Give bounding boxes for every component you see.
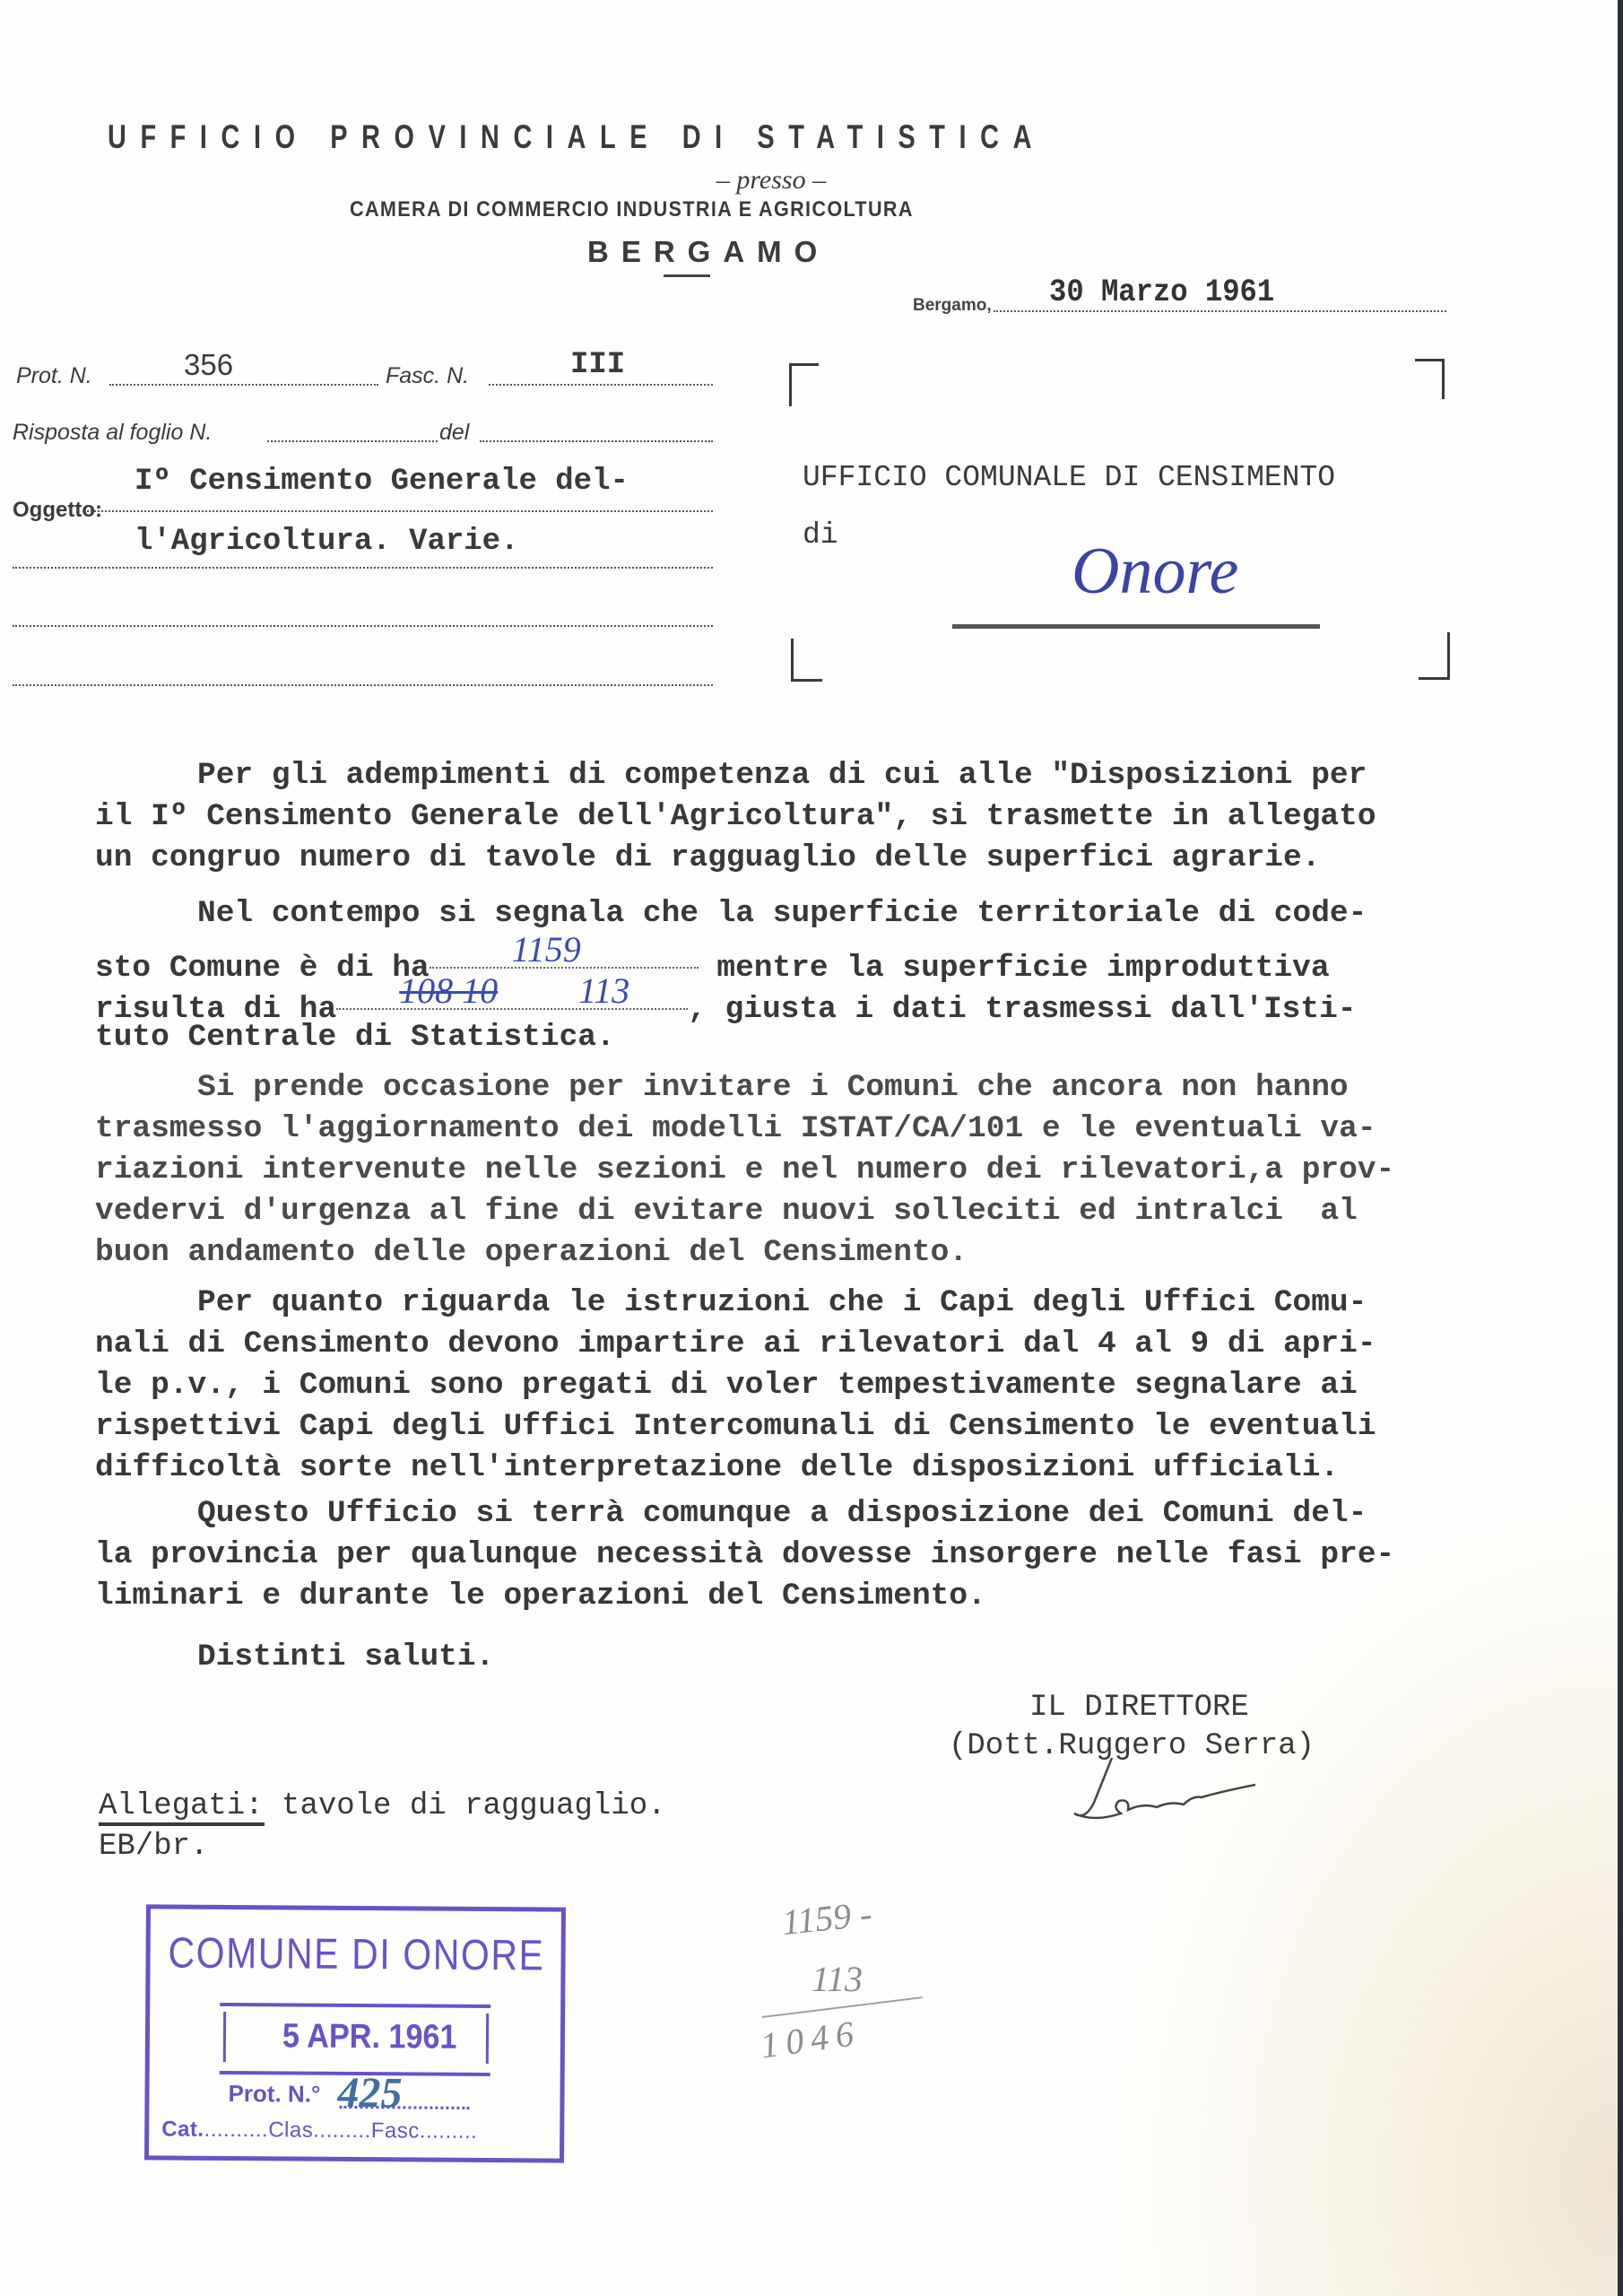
p1-line-2: il Iº Censimento Generale dell'Agricoltu… (95, 796, 1494, 838)
letterhead-presso: – presso – (681, 165, 861, 196)
oggetto-dotted-line-3 (13, 625, 713, 627)
city-underline (664, 274, 710, 277)
oggetto-dotted-line-1 (82, 510, 713, 512)
p1-line-1: Per gli adempimenti di competenza di cui… (197, 758, 1367, 793)
p4-line-3: le p.v., i Comuni sono pregati di voler … (95, 1365, 1494, 1406)
closing: Distinti saluti. (95, 1637, 1494, 1678)
unproductive-area-struck-value: 108 10 (399, 970, 498, 1012)
date-value: 30 Marzo 1961 (1049, 274, 1274, 310)
paragraph-3: Si prende occasione per invitare i Comun… (95, 1067, 1494, 1274)
received-stamp: COMUNE DI ONORE 5 APR. 1961 Prot. N.° 42… (144, 1904, 566, 2162)
del-label: del (439, 420, 469, 446)
p4-line-4: rispettivi Capi degli Uffici Intercomuna… (95, 1406, 1494, 1448)
territorial-area-value: 1159 (512, 929, 581, 970)
pencil-note-line-2: 113 (811, 1958, 863, 2000)
initials: EB/br. (99, 1830, 208, 1864)
p3-line-1: Si prende occasione per invitare i Comun… (197, 1070, 1349, 1105)
recipient-underline (952, 624, 1320, 629)
paragraph-1: Per gli adempimenti di competenza di cui… (95, 755, 1494, 879)
unproductive-area-value: 113 (578, 970, 629, 1012)
risposta-label: Risposta al foglio N. (13, 420, 212, 446)
stamp-prot-value: 425 (337, 2068, 402, 2118)
stamp-date: 5 APR. 1961 (282, 2017, 457, 2057)
p5-line-2: la provincia per qualunque necessità dov… (95, 1535, 1494, 1576)
oggetto-dotted-line-4 (13, 684, 713, 686)
p3-line-2: trasmesso l'aggiornamento dei modelli IS… (95, 1109, 1494, 1150)
paragraph-2: Nel contempo si segnala che la superfici… (95, 893, 1494, 1058)
address-corner-bottom-left (791, 639, 822, 682)
p5-line-1: Questo Ufficio si terrà comunque a dispo… (197, 1496, 1367, 1531)
recipient-di: di (803, 518, 838, 552)
address-corner-bottom-right (1419, 632, 1450, 680)
closing-text: Distinti saluti. (197, 1639, 494, 1674)
del-dotted-line (480, 440, 713, 442)
fasc-value: III (570, 348, 625, 382)
paragraph-5: Questo Ufficio si terrà comunque a dispo… (95, 1493, 1494, 1617)
oggetto-line-2: l'Agricoltura. Varie. (135, 525, 518, 559)
p3-line-5: buon andamento delle operazioni del Cens… (95, 1232, 1494, 1274)
prot-value: 356 (184, 348, 233, 382)
p2-line-3-post: , giusta i dati trasmessi dall'Isti- (688, 992, 1356, 1027)
allegati-label: Allegati (99, 1789, 245, 1823)
stamp-fasc-label: Fasc. (371, 2118, 426, 2143)
oggetto-line-1: Iº Censimento Generale del- (135, 465, 629, 499)
risposta-dotted-line (267, 440, 438, 442)
stamp-prot-label: Prot. N.° (228, 2080, 320, 2109)
p5-line-3: liminari e durante le operazioni del Cen… (95, 1576, 1494, 1617)
p4-line-2: nali di Censimento devono impartire ai r… (95, 1324, 1494, 1365)
p2-line-1: Nel contempo si segnala che la superfici… (197, 896, 1367, 931)
p3-line-4: vedervi d'urgenza al fine di evitare nuo… (95, 1191, 1494, 1232)
unproductive-area-field: 108 10113 (336, 976, 688, 1017)
letterhead-city: BERGAMO (587, 235, 829, 269)
stamp-clas-label: Clas. (268, 2118, 319, 2142)
stamp-date-box: 5 APR. 1961 (220, 2003, 491, 2076)
paragraph-4: Per quanto riguarda le istruzioni che i … (95, 1283, 1494, 1489)
allegati-text: : tavole di ragguaglio. (245, 1789, 665, 1823)
prot-dotted-line (109, 384, 378, 386)
fasc-dotted-line (489, 384, 713, 386)
p4-line-5: difficoltà sorte nell'interpretazione de… (95, 1448, 1494, 1489)
date-label: Bergamo, (913, 296, 992, 316)
date-dotted-line (994, 310, 1446, 312)
scan-edge (1618, 0, 1623, 2296)
signature-scribble-icon (1058, 1758, 1273, 1830)
stamp-cat-label: Cat. (161, 2117, 204, 2141)
stamp-title: COMUNE DI ONORE (168, 1929, 544, 1981)
p3-line-3: riazioni intervenute nelle sezioni e nel… (95, 1150, 1494, 1191)
oggetto-dotted-line-2 (13, 567, 713, 569)
address-corner-top-right (1415, 359, 1445, 399)
prot-label: Prot. N. (16, 363, 92, 389)
letterhead-chamber: CAMERA DI COMMERCIO INDUSTRIA E AGRICOLT… (350, 197, 1157, 222)
letterhead-title: UFFICIO PROVINCIALE DI STATISTICA (108, 118, 1087, 156)
address-corner-top-left (789, 363, 819, 406)
signature-title: IL DIRETTORE (1029, 1691, 1249, 1725)
recipient-office: UFFICIO COMUNALE DI CENSIMENTO (803, 461, 1335, 494)
allegati-underline (99, 1822, 265, 1826)
fasc-label: Fasc. N. (386, 363, 469, 389)
p4-line-1: Per quanto riguarda le istruzioni che i … (197, 1285, 1367, 1320)
p1-line-3: un congruo numero di tavole di ragguagli… (95, 838, 1494, 879)
recipient-handwritten-name: Onore (1072, 534, 1238, 610)
